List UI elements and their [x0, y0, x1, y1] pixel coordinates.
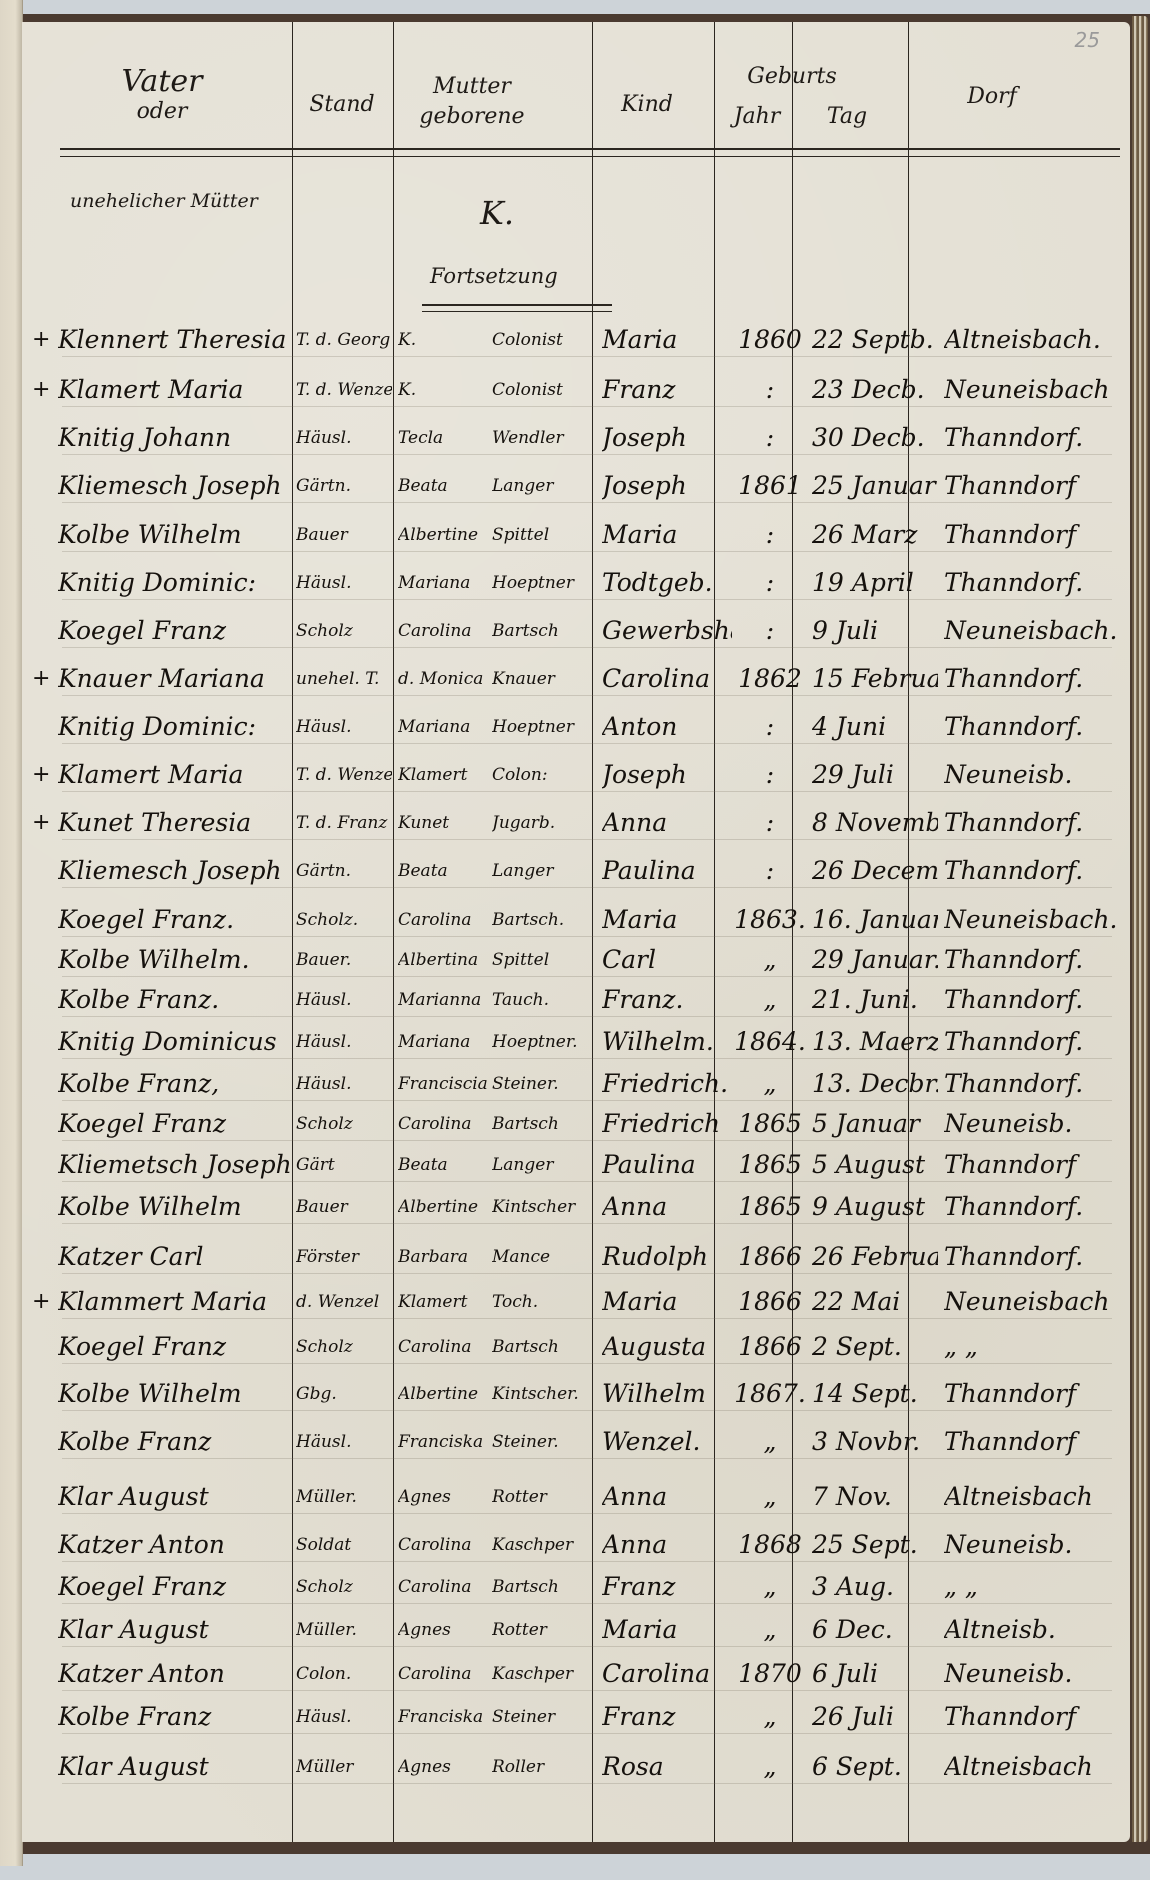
deceased-cross-icon: + — [32, 1280, 50, 1324]
page-number: 25 — [1075, 28, 1100, 52]
ruled-line — [62, 1318, 1112, 1319]
header-child: Kind — [602, 90, 692, 120]
ruled-line — [62, 1646, 1112, 1647]
header-rule — [60, 148, 1120, 157]
register-page: 25 Vater oder Stand Mutter geborene Kind… — [22, 22, 1130, 1842]
subheading: unehelicher Mütter — [70, 190, 258, 212]
header-day: Tag — [812, 102, 882, 132]
ruled-line — [62, 791, 1112, 792]
ruled-line — [62, 1273, 1112, 1274]
header-father-line2: oder — [102, 97, 222, 127]
section-letter: K. — [480, 194, 514, 232]
header-mother-line1: Mutter — [412, 72, 532, 102]
header-year: Jahr — [722, 102, 792, 132]
ruled-line — [62, 976, 1112, 977]
ruled-line — [62, 1783, 1112, 1784]
ruled-line — [62, 1140, 1112, 1141]
header-mother-line2: geborene — [412, 102, 532, 132]
ruled-line — [62, 743, 1112, 744]
ruled-line — [62, 1058, 1112, 1059]
ruled-line — [62, 1100, 1112, 1101]
ruled-line — [62, 551, 1112, 552]
ruled-line — [62, 647, 1112, 648]
ruled-line — [62, 887, 1112, 888]
deceased-cross-icon: + — [32, 801, 50, 845]
ruled-line — [62, 1561, 1112, 1562]
header-father-line1: Vater — [102, 67, 222, 97]
deceased-cross-icon: + — [32, 753, 50, 797]
ruled-line — [62, 1513, 1112, 1514]
header-mother: Mutter geborene — [412, 72, 532, 132]
ruled-line — [62, 695, 1112, 696]
page-edge-right — [1132, 16, 1148, 1842]
header-father: Vater oder — [102, 67, 222, 127]
deceased-cross-icon: + — [32, 657, 50, 701]
ruled-line — [62, 1016, 1112, 1017]
ruled-line — [62, 839, 1112, 840]
ruled-line — [62, 356, 1112, 357]
ruled-line — [62, 1690, 1112, 1691]
header-place: Dorf — [942, 82, 1042, 112]
ruled-line — [62, 599, 1112, 600]
header-stand: Stand — [292, 90, 392, 120]
deceased-cross-icon: + — [32, 318, 50, 362]
ruled-line — [62, 1410, 1112, 1411]
ruled-line — [62, 936, 1112, 937]
deceased-cross-icon: + — [32, 368, 50, 412]
left-page-edge — [0, 0, 23, 1866]
ruled-line — [62, 1223, 1112, 1224]
ruled-line — [62, 406, 1112, 407]
ruled-line — [62, 502, 1112, 503]
ruled-line — [62, 1603, 1112, 1604]
ruled-line — [62, 1458, 1112, 1459]
ruled-line — [62, 1363, 1112, 1364]
ruled-line — [62, 1181, 1112, 1182]
ruled-line — [62, 454, 1112, 455]
section-rule — [422, 304, 612, 312]
ruled-line — [62, 1733, 1112, 1734]
section-note: Fortsetzung — [430, 264, 558, 288]
